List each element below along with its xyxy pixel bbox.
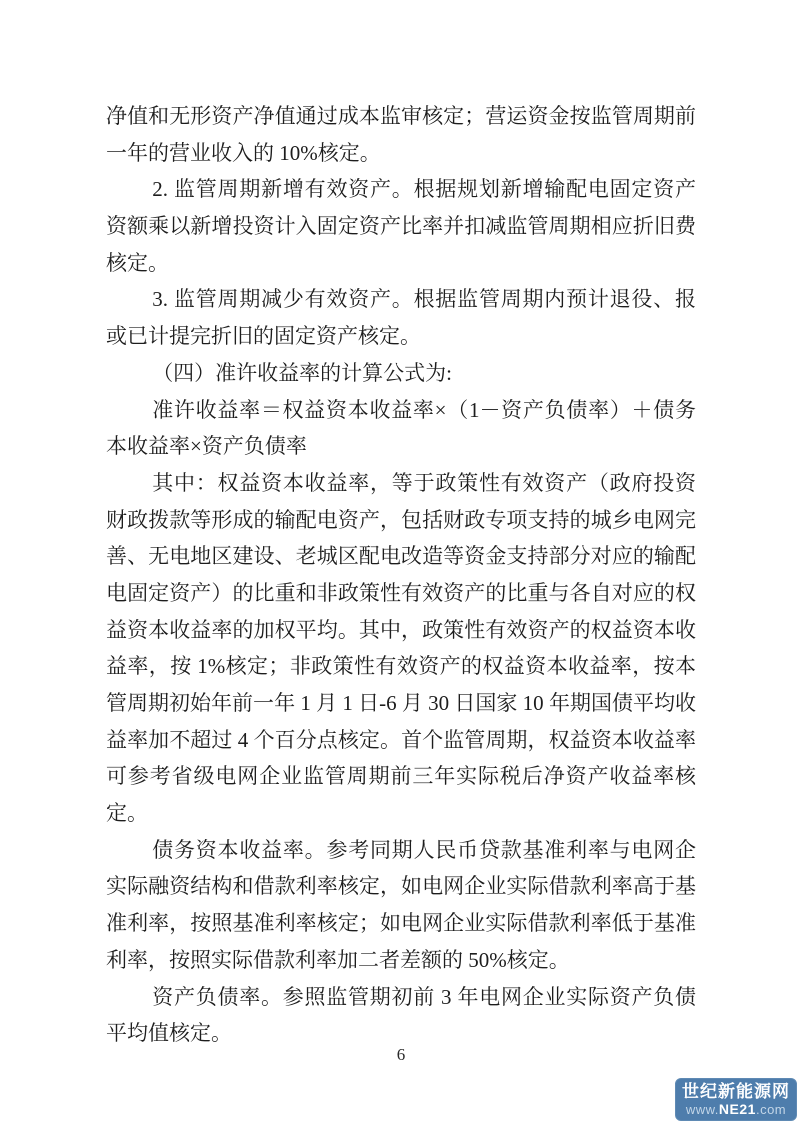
text-line: 电固定资产）的比重和非政策性有效资产的比重与各自对应的权 <box>106 575 696 612</box>
text-line: 2. 监管周期新增有效资产。根据规划新增输配电固定资产投 <box>106 171 696 208</box>
text-line: 债务资本收益率。参考同期人民币贷款基准利率与电网企业 <box>106 832 696 869</box>
text-line: 核定。 <box>106 245 696 282</box>
text-line: 益率加不超过 4 个百分点核定。首个监管周期，权益资本收益率 <box>106 722 696 759</box>
text-line: 管周期初始年前一年 1 月 1 日-6 月 30 日国家 10 年期国债平均收 <box>106 685 696 722</box>
text-line: 益率，按 1%核定；非政策性有效资产的权益资本收益率，按本监 <box>106 648 696 685</box>
text-line: 准利率，按照基准利率核定；如电网企业实际借款利率低于基准 <box>106 905 696 942</box>
text-block: 净值和无形资产净值通过成本监审核定；营运资金按监管周期前 一年的营业收入的 10… <box>106 98 696 1052</box>
logo-brand-text: 世纪新能源网 <box>676 1082 796 1102</box>
text-line: 财政拨款等形成的输配电资产，包括财政专项支持的城乡电网完 <box>106 502 696 539</box>
text-line: 一年的营业收入的 10%核定。 <box>106 135 696 172</box>
formula-line: 准许收益率＝权益资本收益率×（1－资产负债率）＋债务资 <box>106 392 696 429</box>
text-line: 资产负债率。参照监管期初前 3 年电网企业实际资产负债率 <box>106 979 696 1016</box>
logo-url-prefix: www. <box>686 1102 719 1117</box>
text-line: 利率，按照实际借款利率加二者差额的 50%核定。 <box>106 942 696 979</box>
text-line: 或已计提完折旧的固定资产核定。 <box>106 318 696 355</box>
text-line: 定。 <box>106 795 696 832</box>
text-line: 善、无电地区建设、老城区配电改造等资金支持部分对应的输配 <box>106 538 696 575</box>
page-number: 6 <box>106 1045 696 1065</box>
formula-line: 本收益率×资产负债率 <box>106 428 696 465</box>
text-line: （四）准许收益率的计算公式为: <box>106 355 696 392</box>
document-page: 净值和无形资产净值通过成本监审核定；营运资金按监管周期前 一年的营业收入的 10… <box>0 0 800 1131</box>
text-line: 其中：权益资本收益率，等于政策性有效资产（政府投资或 <box>106 465 696 502</box>
text-line: 3. 监管周期减少有效资产。根据监管周期内预计退役、报废 <box>106 281 696 318</box>
logo-url-domain: NE21 <box>719 1101 756 1117</box>
logo-url-suffix: .com <box>756 1102 786 1117</box>
text-line: 益资本收益率的加权平均。其中，政策性有效资产的权益资本收 <box>106 612 696 649</box>
ne21-watermark-logo[interactable]: 世纪新能源网 www.NE21.com <box>675 1078 797 1121</box>
text-line: 净值和无形资产净值通过成本监审核定；营运资金按监管周期前 <box>106 98 696 135</box>
text-line: 实际融资结构和借款利率核定，如电网企业实际借款利率高于基 <box>106 868 696 905</box>
text-line: 可参考省级电网企业监管周期前三年实际税后净资产收益率核 <box>106 758 696 795</box>
logo-url-text: www.NE21.com <box>676 1102 796 1117</box>
text-line: 资额乘以新增投资计入固定资产比率并扣减监管周期相应折旧费 <box>106 208 696 245</box>
